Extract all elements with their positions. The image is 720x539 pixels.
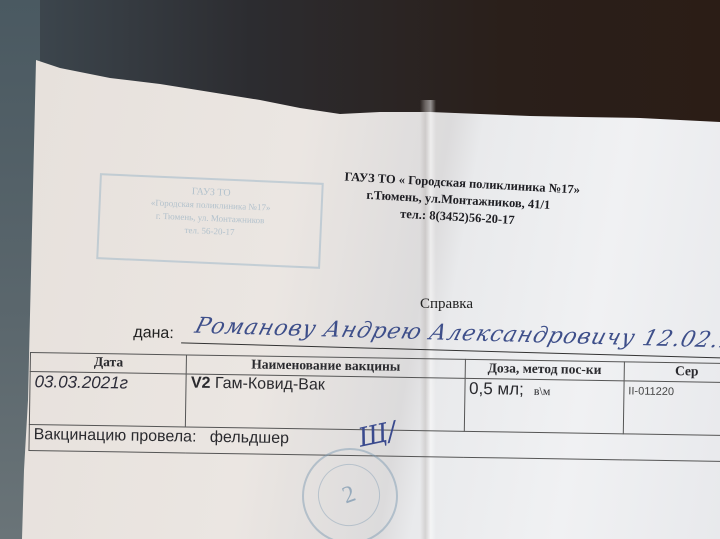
vaccinated-by-label: Вакцинацию провела: <box>34 426 197 446</box>
round-stamp: 2 <box>302 448 398 539</box>
vaccinated-by-role: фельдшер <box>210 429 289 447</box>
rectangular-stamp: ГАУЗ ТО «Городская поликлиника №17» г. Т… <box>96 173 324 269</box>
cell-vaccine: V2 Гам-Ковид-Вак <box>186 374 465 431</box>
cell-dose: 0,5 мл;в\м <box>464 378 624 433</box>
method-value: в\м <box>534 384 551 398</box>
cell-date: 03.03.2021г <box>29 372 186 427</box>
vaccine-name: V2 Гам-Ковид-Вак <box>191 375 325 394</box>
dose-number: V2 <box>191 375 211 392</box>
header-dose-method: Доза, метод пос-ки <box>465 359 625 380</box>
given-to-label: дана: <box>133 324 174 343</box>
series-value: II-011220 <box>628 381 720 399</box>
cell-series: II-011220 <box>623 381 720 436</box>
vaccine-title: Гам-Ковид-Вак <box>215 375 325 394</box>
document-title: Справка <box>420 296 473 313</box>
header-date: Дата <box>30 353 187 374</box>
header-series: Сер <box>624 362 720 383</box>
round-stamp-center: 2 <box>309 455 388 534</box>
dose-value: 0,5 мл; <box>469 379 524 399</box>
vaccination-date: 03.03.2021г <box>34 372 128 392</box>
